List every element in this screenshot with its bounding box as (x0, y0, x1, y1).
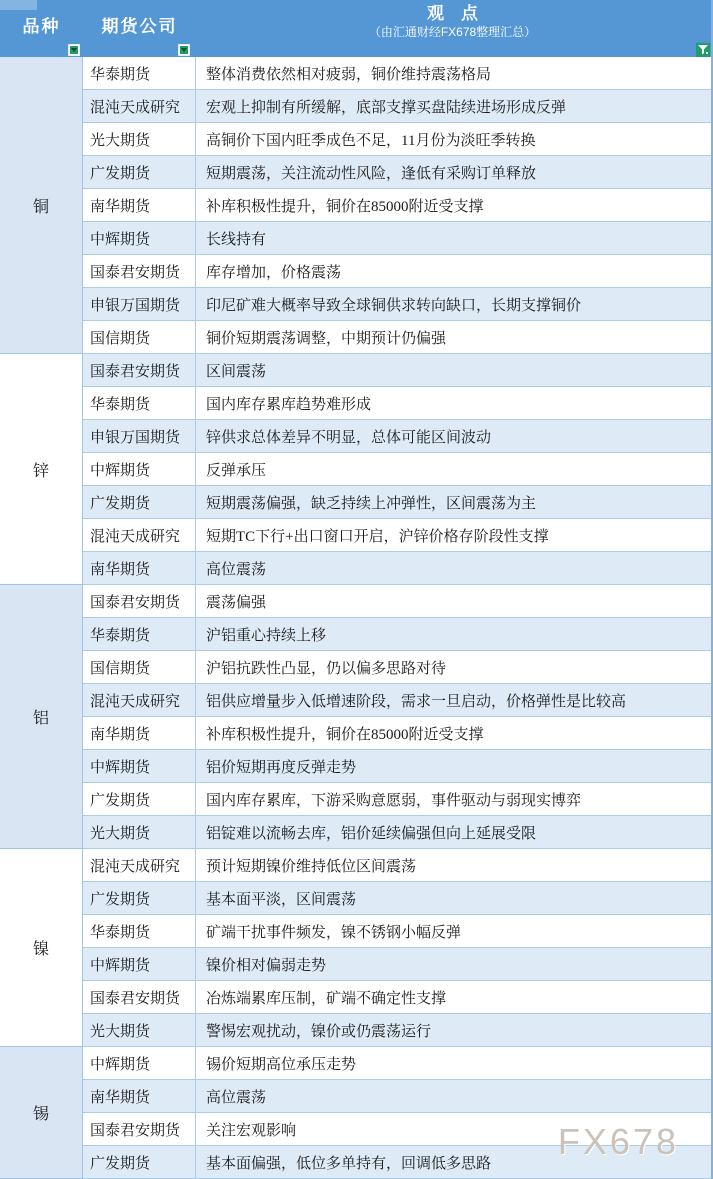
company-cell: 中辉期货 (83, 453, 196, 486)
variety-cell: 铝 (0, 585, 83, 849)
company-cell: 广发期货 (83, 882, 196, 915)
chevron-down-icon (181, 48, 187, 52)
filter-dropdown-inner (180, 46, 188, 54)
company-cell: 光大期货 (83, 1014, 196, 1047)
opinion-cell: 反弹承压 (196, 453, 713, 486)
company-cell: 混沌天成研究 (83, 684, 196, 717)
opinion-cell: 震荡偏强 (196, 585, 713, 618)
table-row: 中辉期货铝价短期再度反弹走势 (83, 750, 713, 783)
table-row: 华泰期货国内库存累库趋势难形成 (83, 387, 713, 420)
table-row: 光大期货高铜价下国内旺季成色不足，11月份为淡旺季转换 (83, 123, 713, 156)
company-cell: 广发期货 (83, 156, 196, 189)
table-row: 中辉期货锡价短期高位承压走势 (83, 1047, 713, 1080)
filter-dropdown-inner (70, 46, 78, 54)
company-cell: 中辉期货 (83, 750, 196, 783)
opinion-cell: 铝锭难以流畅去库，铝价延续偏强但向上延展受限 (196, 816, 713, 849)
opinion-cell: 基本面平淡，区间震荡 (196, 882, 713, 915)
company-cell: 混沌天成研究 (83, 849, 196, 882)
company-cell: 中辉期货 (83, 948, 196, 981)
opinion-cell: 印尼矿难大概率导致全球铜供求转向缺口，长期支撑铜价 (196, 288, 713, 321)
opinion-cell: 沪铝重心持续上移 (196, 618, 713, 651)
company-cell: 国泰君安期货 (83, 585, 196, 618)
company-cell: 光大期货 (83, 123, 196, 156)
opinion-cell: 库存增加，价格震荡 (196, 255, 713, 288)
company-cell: 华泰期货 (83, 387, 196, 420)
table-body: 铜华泰期货整体消费依然相对疲弱，铜价维持震荡格局混沌天成研究宏观上抑制有所缓解，… (0, 57, 713, 1179)
table-row: 申银万国期货印尼矿难大概率导致全球铜供求转向缺口，长期支撑铜价 (83, 288, 713, 321)
company-cell: 南华期货 (83, 717, 196, 750)
company-cell: 申银万国期货 (83, 288, 196, 321)
table-row: 华泰期货矿端干扰事件频发，镍不锈钢小幅反弹 (83, 915, 713, 948)
table-row: 国泰君安期货冶炼端累库压制，矿端不确定性支撑 (83, 981, 713, 1014)
opinion-cell: 警惕宏观扰动，镍价或仍震荡运行 (196, 1014, 713, 1047)
metal-group: 镍混沌天成研究预计短期镍价维持低位区间震荡广发期货基本面平淡，区间震荡华泰期货矿… (0, 849, 713, 1047)
opinion-cell: 基本面偏强，低位多单持有，回调低多思路 (196, 1146, 713, 1179)
opinion-cell: 铜价短期震荡调整，中期预计仍偏强 (196, 321, 713, 354)
table-row: 国泰君安期货库存增加，价格震荡 (83, 255, 713, 288)
table-row: 国信期货沪铝抗跌性凸显，仍以偏多思路对待 (83, 651, 713, 684)
company-cell: 光大期货 (83, 816, 196, 849)
opinion-cell: 铝供应增量步入低增速阶段，需求一旦启动，价格弹性是比较高 (196, 684, 713, 717)
metal-group: 锡中辉期货锡价短期高位承压走势南华期货高位震荡国泰君安期货关注宏观影响广发期货基… (0, 1047, 713, 1179)
table-row: 广发期货短期震荡，关注流动性风险，逢低有采购订单释放 (83, 156, 713, 189)
table-row: 国信期货铜价短期震荡调整，中期预计仍偏强 (83, 321, 713, 354)
table-row: 混沌天成研究短期TC下行+出口窗口开启，沪锌价格存阶段性支撑 (83, 519, 713, 552)
company-cell: 国信期货 (83, 321, 196, 354)
table-row: 光大期货警惕宏观扰动，镍价或仍震荡运行 (83, 1014, 713, 1047)
company-cell: 南华期货 (83, 1080, 196, 1113)
table-row: 中辉期货反弹承压 (83, 453, 713, 486)
company-cell: 南华期货 (83, 552, 196, 585)
table-row: 南华期货高位震荡 (83, 552, 713, 585)
table-row: 国泰君安期货震荡偏强 (83, 585, 713, 618)
company-cell: 中辉期货 (83, 222, 196, 255)
opinion-cell: 国内库存累库趋势难形成 (196, 387, 713, 420)
opinion-cell: 高铜价下国内旺季成色不足，11月份为淡旺季转换 (196, 123, 713, 156)
company-cell: 广发期货 (83, 486, 196, 519)
company-cell: 国泰君安期货 (83, 255, 196, 288)
table-row: 国泰君安期货关注宏观影响 (83, 1113, 713, 1146)
opinion-cell: 国内库存累库，下游采购意愿弱，事件驱动与弱现实博弈 (196, 783, 713, 816)
variety-cell: 镍 (0, 849, 83, 1047)
company-cell: 广发期货 (83, 783, 196, 816)
metal-group: 锌国泰君安期货区间震荡华泰期货国内库存累库趋势难形成申银万国期货锌供求总体差异不… (0, 354, 713, 585)
company-cell: 申银万国期货 (83, 420, 196, 453)
table-row: 华泰期货沪铝重心持续上移 (83, 618, 713, 651)
opinion-cell: 整体消费依然相对疲弱，铜价维持震荡格局 (196, 57, 713, 90)
filter-dropdown-icon[interactable] (178, 44, 190, 56)
funnel-icon (698, 45, 708, 55)
opinion-cell: 沪铝抗跌性凸显，仍以偏多思路对待 (196, 651, 713, 684)
company-cell: 南华期货 (83, 189, 196, 222)
table-row: 广发期货国内库存累库，下游采购意愿弱，事件驱动与弱现实博弈 (83, 783, 713, 816)
opinion-cell: 关注宏观影响 (196, 1113, 713, 1146)
company-cell: 中辉期货 (83, 1047, 196, 1080)
opinion-cell: 镍价相对偏弱走势 (196, 948, 713, 981)
filter-dropdown-icon[interactable] (68, 44, 80, 56)
variety-cell: 铜 (0, 57, 83, 354)
group-rows: 国泰君安期货震荡偏强华泰期货沪铝重心持续上移国信期货沪铝抗跌性凸显，仍以偏多思路… (83, 585, 713, 849)
opinion-cell: 长线持有 (196, 222, 713, 255)
opinion-cell: 补库积极性提升，铜价在85000附近受支撑 (196, 717, 713, 750)
opinion-cell: 矿端干扰事件频发，镍不锈钢小幅反弹 (196, 915, 713, 948)
opinion-cell: 宏观上抑制有所缓解，底部支撑买盘陆续进场形成反弹 (196, 90, 713, 123)
table-row: 混沌天成研究宏观上抑制有所缓解，底部支撑买盘陆续进场形成反弹 (83, 90, 713, 123)
opinion-cell: 锡价短期高位承压走势 (196, 1047, 713, 1080)
table-row: 光大期货铝锭难以流畅去库，铝价延续偏强但向上延展受限 (83, 816, 713, 849)
opinion-cell: 冶炼端累库压制，矿端不确定性支撑 (196, 981, 713, 1014)
opinion-cell: 铝价短期再度反弹走势 (196, 750, 713, 783)
company-cell: 广发期货 (83, 1146, 196, 1179)
group-rows: 国泰君安期货区间震荡华泰期货国内库存累库趋势难形成申银万国期货锌供求总体差异不明… (83, 354, 713, 585)
opinion-cell: 补库积极性提升，铜价在85000附近受支撑 (196, 189, 713, 222)
opinion-cell: 短期TC下行+出口窗口开启，沪锌价格存阶段性支撑 (196, 519, 713, 552)
opinion-header-subtitle: （由汇通财经FX678整理汇总） (196, 24, 709, 40)
table-row: 南华期货补库积极性提升，铜价在85000附近受支撑 (83, 189, 713, 222)
variety-cell: 锌 (0, 354, 83, 585)
company-cell: 国泰君安期货 (83, 981, 196, 1014)
opinion-cell: 高位震荡 (196, 552, 713, 585)
company-cell: 混沌天成研究 (83, 90, 196, 123)
opinion-cell: 高位震荡 (196, 1080, 713, 1113)
variety-cell: 锡 (0, 1047, 83, 1179)
table-row: 华泰期货整体消费依然相对疲弱，铜价维持震荡格局 (83, 57, 713, 90)
table-row: 广发期货基本面平淡，区间震荡 (83, 882, 713, 915)
opinion-cell: 区间震荡 (196, 354, 713, 387)
opinion-cell: 锌供求总体差异不明显，总体可能区间波动 (196, 420, 713, 453)
chevron-down-icon (71, 48, 77, 52)
table-row: 混沌天成研究铝供应增量步入低增速阶段，需求一旦启动，价格弹性是比较高 (83, 684, 713, 717)
company-column-header: 期货公司 (83, 12, 196, 37)
company-cell: 华泰期货 (83, 57, 196, 90)
active-filter-funnel-icon[interactable] (696, 43, 710, 57)
company-cell: 混沌天成研究 (83, 519, 196, 552)
opinions-spreadsheet: 品种 期货公司 观 点 （由汇通财经FX678整理汇总） 铜华泰期货整体消费依然… (0, 0, 713, 1179)
company-cell: 国泰君安期货 (83, 354, 196, 387)
company-cell: 华泰期货 (83, 915, 196, 948)
metal-group: 铝国泰君安期货震荡偏强华泰期货沪铝重心持续上移国信期货沪铝抗跌性凸显，仍以偏多思… (0, 585, 713, 849)
table-header: 品种 期货公司 观 点 （由汇通财经FX678整理汇总） (0, 0, 711, 57)
table-row: 申银万国期货锌供求总体差异不明显，总体可能区间波动 (83, 420, 713, 453)
table-row: 广发期货短期震荡偏强，缺乏持续上冲弹性，区间震荡为主 (83, 486, 713, 519)
group-rows: 华泰期货整体消费依然相对疲弱，铜价维持震荡格局混沌天成研究宏观上抑制有所缓解，底… (83, 57, 713, 354)
company-cell: 国信期货 (83, 651, 196, 684)
group-rows: 中辉期货锡价短期高位承压走势南华期货高位震荡国泰君安期货关注宏观影响广发期货基本… (83, 1047, 713, 1179)
table-row: 中辉期货镍价相对偏弱走势 (83, 948, 713, 981)
table-row: 南华期货高位震荡 (83, 1080, 713, 1113)
opinion-cell: 短期震荡，关注流动性风险，逢低有采购订单释放 (196, 156, 713, 189)
table-row: 广发期货基本面偏强，低位多单持有，回调低多思路 (83, 1146, 713, 1179)
corner-highlight (0, 0, 37, 10)
opinion-cell: 预计短期镍价维持低位区间震荡 (196, 849, 713, 882)
group-rows: 混沌天成研究预计短期镍价维持低位区间震荡广发期货基本面平淡，区间震荡华泰期货矿端… (83, 849, 713, 1047)
company-cell: 国泰君安期货 (83, 1113, 196, 1146)
metal-group: 铜华泰期货整体消费依然相对疲弱，铜价维持震荡格局混沌天成研究宏观上抑制有所缓解，… (0, 57, 713, 354)
opinion-cell: 短期震荡偏强，缺乏持续上冲弹性，区间震荡为主 (196, 486, 713, 519)
variety-column-header: 品种 (0, 12, 83, 37)
company-cell: 华泰期货 (83, 618, 196, 651)
table-row: 南华期货补库积极性提升，铜价在85000附近受支撑 (83, 717, 713, 750)
table-row: 混沌天成研究预计短期镍价维持低位区间震荡 (83, 849, 713, 882)
table-row: 中辉期货长线持有 (83, 222, 713, 255)
table-row: 国泰君安期货区间震荡 (83, 354, 713, 387)
opinion-header-title: 观 点 (196, 4, 709, 24)
opinion-column-header: 观 点 （由汇通财经FX678整理汇总） (196, 4, 709, 40)
